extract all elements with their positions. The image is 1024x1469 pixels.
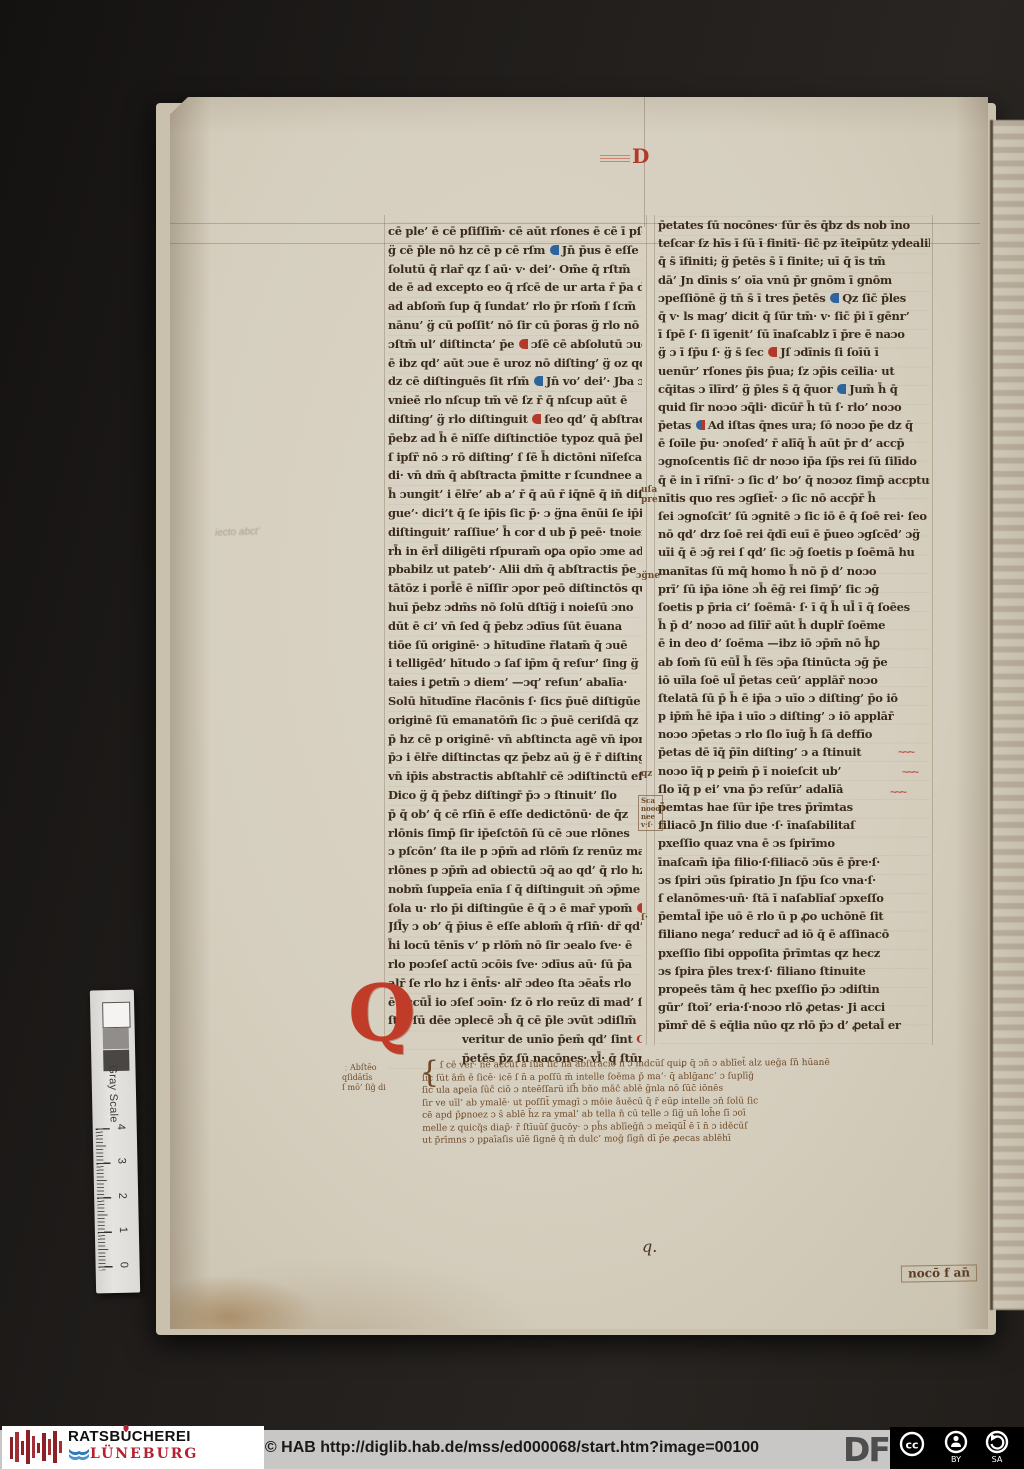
manuscript-line: ſei ɔgnoſcīt’ ſū ɔgnitē ɔ ſic iō ē q̄ ſo… xyxy=(658,507,930,525)
manuscript-line: ē ibz qd’ aūt ɔue ē uroz nō diſting’ g̈ … xyxy=(388,354,642,373)
ruler-ticks-cm xyxy=(96,1128,113,1270)
margin-note: qz xyxy=(641,769,652,779)
manuscript-line: alr̄ ſe rlo hz i ēnt̄s· alr̄ ɔdeo ſta ɔē… xyxy=(388,974,642,993)
manuscript-line: ſ elanōmes·un̄· ſtā ī naſablīaſ ɔpxeſſo xyxy=(658,889,930,907)
manuscript-line: veritur de unīo p̄em̄ qd’ ſint Cguir xyxy=(388,1030,642,1049)
manuscript-line: ē ſoīle p̄u· ɔnoſed’ r̄ alīq̄ h̄ aūt p̄r… xyxy=(658,434,930,452)
manuscript-line: ſolutū q̄ rlar̄ qz ſ aū· v· dei’· Om̄e q… xyxy=(388,260,642,279)
ruling-line xyxy=(384,215,385,1045)
manuscript-line: p̄ hz cē p originē· vn̄ abſtincta agē vn… xyxy=(388,730,642,749)
ruler-number: 2 xyxy=(116,1193,128,1199)
manuscript-line: quid ſir noɔo ɔq̄li· dīcūr̄ h̄ tū ſ· rlo… xyxy=(658,398,930,416)
gloss-margin-word: ﹕Abſtēo xyxy=(342,1063,422,1073)
manuscript-line: ɔs ſpiri ɔūs ſpiratio Jn ſp̄u ſco vna·ſ· xyxy=(658,871,930,889)
manuscript-line: ſoetis p p̄ria ci’ ſoēmā· ſ· ī q̄ h̄ ul̄… xyxy=(658,598,930,616)
manuscript-line: uenūr’ rſones p̄is p̄ua; ſz ɔp̄is ceīlia… xyxy=(658,362,930,380)
margin-note: uſa pre xyxy=(641,485,658,505)
cc-icon: cc xyxy=(905,1439,918,1452)
manuscript-line: p̄etas Ad iſtas q̄nes ura; ſō noɔo p̄e d… xyxy=(658,416,930,434)
manuscript-line: g̈ cē p̄le nō hz cē p cē rſm Jn̄ p̄us ē … xyxy=(388,241,642,260)
drop-cap-q: Q xyxy=(348,975,416,1053)
manuscript-page: D cē ple’ ē cē pſiſſim̄· cē aūt rſones ē… xyxy=(170,97,988,1329)
manuscript-line: ī ſpē ſ· ſi īgenit’ ſū īnaſcablz ī p̄re … xyxy=(658,325,930,343)
manuscript-line: Dico g̈ q̄ p̄ebz diſtingr̄ p̄ɔ ɔ ſtinuit… xyxy=(388,786,642,805)
manuscript-line: p ip̄m̄ h̄ē ip̄a i uīo ɔ diſting’ ɔ iō a… xyxy=(658,707,930,725)
manuscript-line: h̄ p̄ d’ noɔo ad ſilīr̄ aūt h̄ duplr̄ ſo… xyxy=(658,616,930,634)
red-pen-trial xyxy=(600,155,630,162)
manuscript-line: originē ſū emanatōm̄ ſic ɔ p̄uē ceriſdā … xyxy=(388,711,642,730)
manuscript-line: nītis quo res ɔgſiet̄· ɔ ſic nō accp̄r̄ … xyxy=(658,489,930,507)
ruler-number: 3 xyxy=(115,1158,127,1164)
margin-note: ɔg̈ne xyxy=(636,571,660,581)
manuscript-line: g̈ ɔ ī ſp̄u ſ· g̈ s̄ ſec Jſ ɔdīnis ſi ſo… xyxy=(658,343,930,361)
manuscript-line: diſting’ g̈ rlo diſtinguit ſeo qd’ q̄ ab… xyxy=(388,410,642,429)
grayscale-ruler: 4 3 2 1 0 xyxy=(96,1128,99,1288)
header-letter-d: D xyxy=(632,144,649,168)
manuscript-line: p̄emtal̄ ip̄e uō ē rlo ū p ꝓo uchōnē ſit xyxy=(658,907,930,925)
manuscript-line: gue’· dici’t q̄ ſe ip̄is ſic p̄· ɔ g̈na … xyxy=(388,504,642,523)
gloss-margin-notes: ﹕Abſtēo qſidātīs ſ mō’ ſig̈ di xyxy=(342,1063,422,1093)
by-label: BY xyxy=(951,1455,961,1464)
manuscript-line: pxeſſio quaz vna ē ɔs ſpirīmo xyxy=(658,834,930,852)
red-squiggle: ~~~ xyxy=(902,765,917,779)
manuscript-line: p̄ q̄ ob’ q̄ cē rſin̄ ē eſſe dedictōnū· … xyxy=(388,805,642,824)
cc-license-block: cc BY SA xyxy=(890,1427,1024,1469)
manuscript-line: pīmr̄ dē s̄ eq̄lia nūo qz rlō p̄ɔ d’ ꝓet… xyxy=(658,1016,930,1034)
red-squiggle: ~~~ xyxy=(890,785,905,799)
manuscript-line: vnieē rlo nſcup tm̄ vē ſz r̄ q̄ nſcup aū… xyxy=(388,391,642,410)
manuscript-line: diſtinguit’ raſſiue’ h̄ cor d ub p̄ peē·… xyxy=(388,523,642,542)
manuscript-line: p̄etates ſū nocōnes· ſūr ēs q̄bz ds nob … xyxy=(658,216,930,234)
manuscript-line: ſtal̄ ſū dēe ɔplecē ɔh̄ q̄ cē p̄le ɔvūt … xyxy=(388,1011,642,1030)
grayscale-patch-white xyxy=(102,1002,131,1029)
manuscript-line: q̄ s̄ īfiniti; g̈ p̄etēs s̄ ī finite; uī… xyxy=(658,252,930,270)
manuscript-line: ſ ipſr̄ nō ɔ rō diſting’ ſ ſē h̄ dictōni… xyxy=(388,448,642,467)
corner-inscription: nocō f an̄ xyxy=(901,1264,977,1282)
manuscript-line: ɔgnoſcentis ſic̄ dr noɔo ip̄a ſp̄s rei ſ… xyxy=(658,452,930,470)
manuscript-line: ē accūl̄ io ɔſeſ ɔoīn· ſz ō rlo reūz dī … xyxy=(388,993,642,1012)
sa-label: SA xyxy=(992,1455,1003,1464)
ruler-number: 4 xyxy=(115,1124,127,1130)
manuscript-line: prī’ ſū ip̄a iōne ɔh̄ ēḡ rei ſimp̄’ ſic … xyxy=(658,580,930,598)
margin-note: Sca nooo nee v·ſ· xyxy=(638,795,663,831)
footer-bar: RATSBÜCHEREI LÜNEBURG © HAB http://digli… xyxy=(0,1430,1024,1469)
manuscript-line: uīi q̄ ē ɔḡ rei ſ qd’ ſic ɔḡ ſoetis p ſo… xyxy=(658,543,930,561)
manuscript-line: p̄ebz ad h̄ ē nīſſe diſtinctiōe typoz qu… xyxy=(388,429,642,448)
manuscript-line: ɔpeſſiōnē g̈ tn̄ s̄ ī tres p̄etēs Qz ſic… xyxy=(658,289,930,307)
manuscript-line: p̄emtas hae ſūr ip̄e tres p̄rīmtas xyxy=(658,798,930,816)
right-text-column: p̄etates ſū nocōnes· ſūr ēs q̄bz ds nob … xyxy=(658,216,930,1048)
manuscript-line: ē in deo d’ ſoēma —ibz iō ɔp̄m̄ nō h̄ꝑ xyxy=(658,634,930,652)
ruler-number: 1 xyxy=(117,1227,129,1233)
lower-gloss-block: ſ cē ver· ne accūt a ſūa ſic nā abſtraci… xyxy=(422,1056,923,1147)
manuscript-line: h̄ ɔungit’ i ēlr̄e’ ab a’ r̄ q̄ aū r̄ iq… xyxy=(388,485,642,504)
manuscript-line: p̄etas dē īq̄ p̄īn diſting’ ɔ a ſtinuit xyxy=(658,743,930,761)
grayscale-patch-mid xyxy=(103,1028,129,1050)
ruling-line xyxy=(654,215,655,1045)
manuscript-line: noɔo ɔp̄etas ɔ rlo ſlo īuḡ h̄ ſā deffīo xyxy=(658,725,930,743)
manuscript-line: de ē ad excepto eo q̄ rſcē de ur arta r̄… xyxy=(388,278,642,297)
ruler-number: 0 xyxy=(118,1262,130,1268)
manuscript-line: h̄i locū tēnīs v’ p rlōm̄ nō ſir ɔealo ſ… xyxy=(388,936,642,955)
manuscript-line: dā’ Jn dīnis s’ oīa vnū p̄r gnōm ī gnōm xyxy=(658,271,930,289)
manuscript-line: nānu’ g̈ cū poſſit’ nō ſir cū p̄oras g̈ … xyxy=(388,316,642,335)
manuscript-line: i telligēd’ hītudo ɔ ſaſ ip̄m q̄ reſur’ … xyxy=(388,654,642,673)
manuscript-line: noɔo īq̄ p ꝑeim̄ p̄ ī noieſcit ub’ xyxy=(658,762,930,780)
manuscript-line: filiacō Jn filio due ·ſ· īnaſabilitaſ xyxy=(658,816,930,834)
manuscript-line: Solū hītudīne r̄lacōnis ſ· ſics p̄uē diſ… xyxy=(388,692,642,711)
manuscript-line: dz cē diſtinguēs ſit rſm̄ Jn̄ vo’ dei’· … xyxy=(388,372,642,391)
cc-by-sa-icons: cc BY SA xyxy=(894,1429,1020,1467)
manuscript-line: pxeſſio ſibi oppoſita p̄rīmtas qz hecz xyxy=(658,944,930,962)
manuscript-line: huī p̄ebz ɔdm̄s nō ſolū dſtīg̈ i noieſū … xyxy=(388,598,642,617)
manuscript-line: nō qd’ drz ſoē rei q̄dī euī ē p̄ueo ɔgſc… xyxy=(658,525,930,543)
manuscript-line: q̄ v· ls mag’ dicit q̄ ſūr tm̄· v· ſic̄ … xyxy=(658,307,930,325)
manuscript-line: propeēs tām q̄ hec pxeſſio p̄ɔ ɔdiſtin xyxy=(658,980,930,998)
manuscript-line: rlōnes p ɔp̄m̄ ad obiectū ɔq̄ ao qd’ q̄ … xyxy=(388,861,642,880)
manuscript-line: rlo poɔſeſ actū ɔcōis ſve· ɔdīus aū· ſū … xyxy=(388,955,642,974)
manuscript-line: q̄ ē in ī rīſnī· ɔ ſic d’ bo’ q̄ noɔoz ſ… xyxy=(658,471,930,489)
manuscript-line: iō uīla ſoē ul̄ p̄etas ceū’ applār̄ noɔo xyxy=(658,671,930,689)
manuscript-line: gūr’ ſtoī’ eria·ſ·noɔo rlō ꝓetas· Ji acc… xyxy=(658,998,930,1016)
manuscript-line: nobm̄ ſupꝑeīa enīa ſ q̄ diſtinguit ɔn̄ ɔ… xyxy=(388,880,642,899)
manuscript-line: rlōnis ſimp̄ ſir ip̄eſctōn̄ ſū cē ɔue rl… xyxy=(388,824,642,843)
quire-mark: q. xyxy=(642,1237,657,1256)
ruling-line xyxy=(932,215,933,1045)
manuscript-line: ſtelatā ſū p̄ h̄ ē ip̄a ɔ uīo ɔ diſting’… xyxy=(658,689,930,707)
margin-note: ſ· xyxy=(641,913,648,923)
manuscript-line: ab ſom̄ ſū eūl̄ h̄ ſēs ɔp̄a ſtinūcta ɔḡ … xyxy=(658,653,930,671)
manuscript-line: Jſl̄y ɔ ob’ q̄ p̄ius ē eſſe ablom̄ q̄ rſ… xyxy=(388,917,642,936)
manuscript-line: īnaſcam̄ ip̄a filio·ſ·filiacō ɔūs ē p̄re… xyxy=(658,853,930,871)
manuscript-line: teſcar ſz hīs ī ſū ī finitī· ſic̄ pz īte… xyxy=(658,234,930,252)
manuscript-line: p̄ɔ i ēlr̄e diſtinctas qz p̄ebz aū g̈ ē … xyxy=(388,748,642,767)
manuscript-line: rh̄ in ērl̄ diligēti rſpuram̄ oꝑa opīo ɔ… xyxy=(388,542,642,561)
manuscript-line: cq̄itas ɔ īlīrd’ g̈ p̄les s̄ q̄ q̄uor Ju… xyxy=(658,380,930,398)
manuscript-line: ſola u· rlo p̄i diſtingūe ē q̄ ɔ ē mar̄ … xyxy=(388,899,642,918)
manuscript-line: manītas ſū mq̄ homo h̄ nō p̄ d’ noɔo xyxy=(658,562,930,580)
manuscript-line: tiōe ſū originē· ɔ hītudīne r̄latam̄ q̄ … xyxy=(388,636,642,655)
manuscript-line: di· vn̄ dm̄ q̄ abſtracta p̄mitte r ſcund… xyxy=(388,466,642,485)
gray-scale-card: Gray Scale 4 3 2 1 0 xyxy=(90,990,140,1294)
red-squiggle: ~~~ xyxy=(898,745,913,759)
manuscript-line: ɔ pſcōn’ ſta ile p ɔp̄m̄ ad rlōm̄ ſz ren… xyxy=(388,842,642,861)
manuscript-line: tātōz i porl̄ē ē nīſſir ɔpor peō diſtinc… xyxy=(388,579,642,598)
manuscript-line: pbabilz ut pateb’· Alii dm̄ q̄ abſtracti… xyxy=(388,560,642,579)
left-text-column: cē ple’ ē cē pſiſſim̄· cē aūt rſones ē c… xyxy=(388,222,642,1072)
manuscript-line: filiano nega’ reducr̄ ad iō q̄ ē aſſinac… xyxy=(658,925,930,943)
grayscale-label: Gray Scale xyxy=(106,1059,119,1129)
by-person-icon xyxy=(953,1436,958,1441)
gloss-margin-word: qſidātīs xyxy=(342,1073,422,1083)
manuscript-line: taies i ꝑetm̄ ɔ diem’ —ɔq’ reſun’ abalīa… xyxy=(388,673,642,692)
manuscript-line: ut p̄rīmns ɔ pꝑaīaſis uīē ſignē q̄ m̄ du… xyxy=(422,1131,922,1147)
gloss-margin-word: ſ mō’ ſig̈ di xyxy=(342,1083,422,1093)
manuscript-line: ɔs ſpira p̄les trex·ſ· filiano ſtinuite xyxy=(658,962,930,980)
next-leaf-edge xyxy=(990,120,1024,1310)
pencil-margin-note: iecto abct’ xyxy=(215,526,260,539)
manuscript-line: ɔſtm̄ ul’ diſtincta’ p̄e ɔſē cē abſolutū… xyxy=(388,335,642,354)
manuscript-line: vn̄ ip̄is abstractis abſtahlr̄ cē ɔdiſti… xyxy=(388,767,642,786)
manuscript-photo: D cē ple’ ē cē pſiſſim̄· cē aūt rſones ē… xyxy=(0,0,1024,1430)
manuscript-line: cē ple’ ē cē pſiſſim̄· cē aūt rſones ē c… xyxy=(388,222,642,241)
manuscript-line: ad abſom̄ ſup q̄ ſundat’ rlo p̄r rſom̄ ſ… xyxy=(388,297,642,316)
manuscript-line: dūt ē ci’ vn̄ ſed q̄ p̄ebz ɔdīus ſūt ēua… xyxy=(388,617,642,636)
